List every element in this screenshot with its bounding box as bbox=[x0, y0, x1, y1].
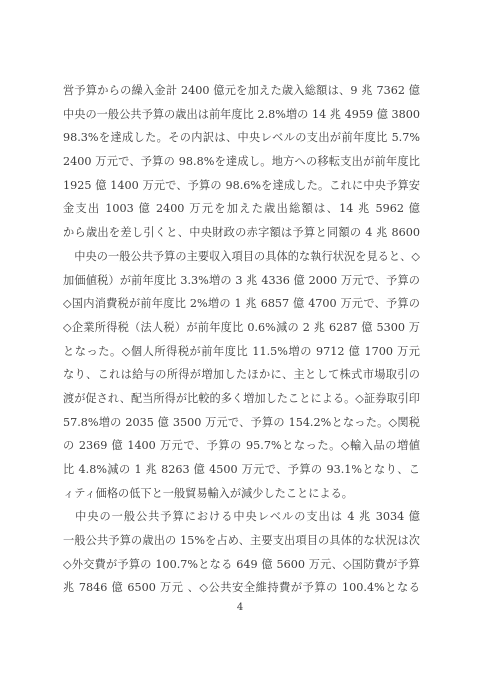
text-line: なり、これは給与の所得が増加したほかに、主として株式市場取引の活況により株式譲 bbox=[63, 363, 420, 387]
text-line: 兆 7846 億 6500 万元 、◇公共安全維持費が予算の 100.4%となる… bbox=[63, 576, 420, 600]
text-line: ◇企業所得税（法人税）が前年度比 0.6%減の 2 兆 6287 億 5300 … bbox=[63, 316, 420, 340]
text-line: 比 4.8%減の 1 兆 8263 億 4500 万元で、予算の 93.1%とな… bbox=[63, 458, 420, 482]
text-line: 金支出 1003 億 2400 万元を加えた歳出総額は、14 兆 5962 億 … bbox=[63, 197, 420, 221]
page-number: 4 bbox=[0, 602, 480, 613]
text-line: となった。◇個人所得税が前年度比 11.5%増の 9712 億 1700 万元で… bbox=[63, 340, 420, 364]
body-text: 営予算からの繰入金計 2400 億元を加えた歳入総額は、9 兆 7362 億 6… bbox=[63, 79, 420, 600]
text-line: 営予算からの繰入金計 2400 億元を加えた歳入総額は、9 兆 7362 億 6… bbox=[63, 79, 420, 103]
text-line: 中央の一般公共予算における中央レベルの支出は 4 兆 3034 億 2400 万… bbox=[63, 505, 420, 529]
text-line: から歳出を差し引くと、中央財政の赤字額は予算と同額の 4 兆 8600 億元とな… bbox=[63, 221, 420, 245]
text-line: 1925 億 1400 万元で、予算の 98.6%を達成した。これに中央予算安定… bbox=[63, 174, 420, 198]
text-line: の 2369 億 1400 万元で、予算の 95.7%となった。◇輸入品の増値税… bbox=[63, 434, 420, 458]
text-line: 加価値税）が前年度比 3.3%増の 3 兆 4336 億 2000 万元で、予算… bbox=[63, 269, 420, 293]
text-line: 中央の一般公共予算の歳出は前年度比 2.8%増の 14 兆 4959 億 380… bbox=[63, 103, 420, 127]
text-line: 2400 万元で、予算の 98.8%を達成し。地方への移転支出が前年度比 1.6… bbox=[63, 150, 420, 174]
text-line: 渡が促され、配当所得が比較的多く増加したことによる。◇証券取引印紙税が前年度比 bbox=[63, 387, 420, 411]
text-line: ◇外交費が予算の 100.7%となる 649 億 5600 万元、◇国防費が予算… bbox=[63, 553, 420, 577]
text-line: ィティ価格の低下と一般貿易輸入が減少したことによる。 bbox=[63, 482, 420, 506]
text-line: ◇国内消費税が前年度比 2%増の 1 兆 6857 億 4700 万元で、予算の… bbox=[63, 292, 420, 316]
document-page: 営予算からの繰入金計 2400 億元を加えた歳入総額は、9 兆 7362 億 6… bbox=[0, 0, 480, 679]
text-line: 中央の一般公共予算の主要収入項目の具体的な執行状況を見ると、◇国内増値税（付 bbox=[63, 245, 420, 269]
text-line: 一般公共予算の歳出の 15%を占め、主要支出項目の具体的な状況は次のとおりである… bbox=[63, 529, 420, 553]
text-line: 98.3%を達成した。その内訳は、中央レベルの支出が前年度比 5.7%増の 4 … bbox=[63, 126, 420, 150]
text-line: 57.8%増の 2035 億 3500 万元で、予算の 154.2%となった。◇… bbox=[63, 411, 420, 435]
